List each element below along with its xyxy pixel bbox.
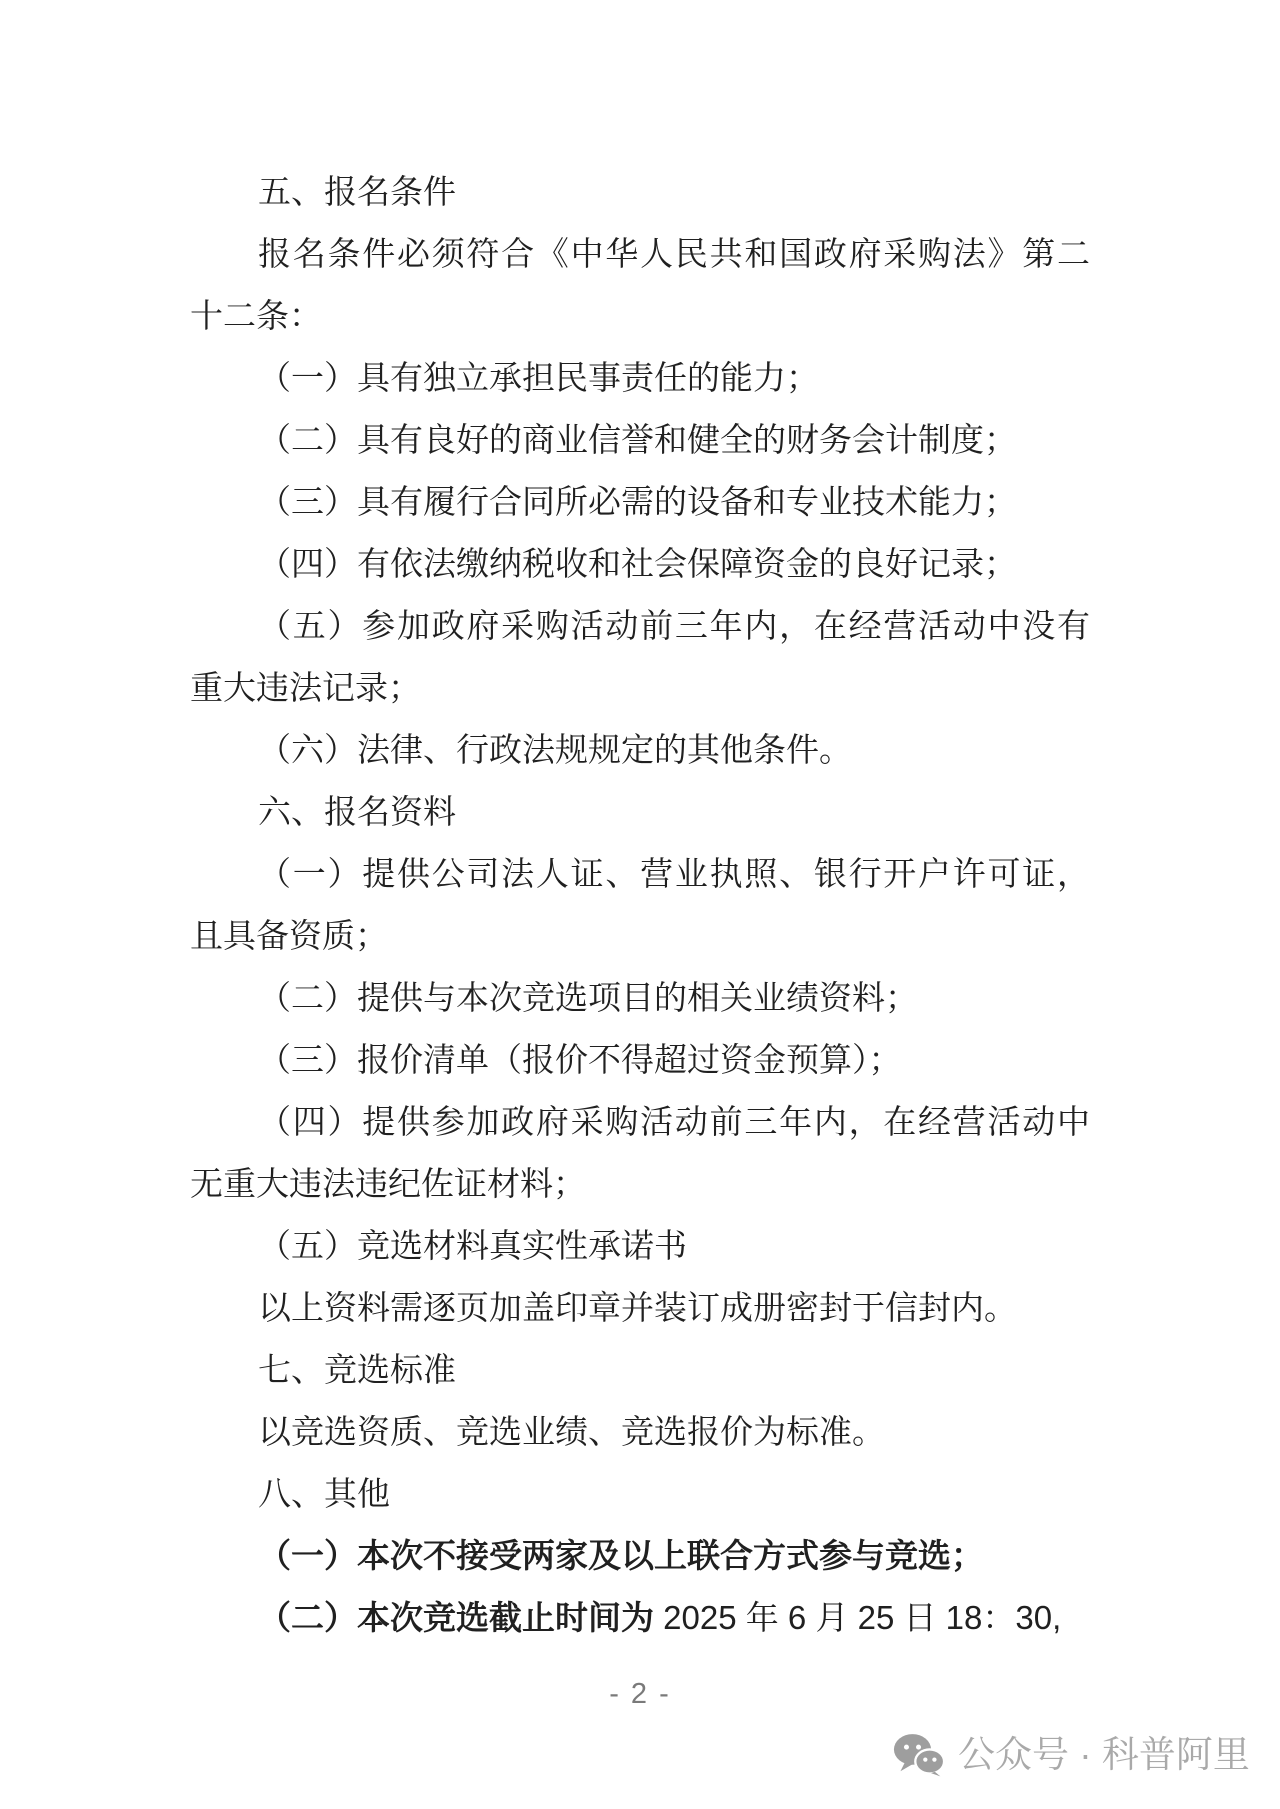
- watermark: 公众号 · 科普阿里: [893, 1732, 1250, 1778]
- watermark-text: 公众号 · 科普阿里: [958, 1732, 1250, 1778]
- document-line: （一）提供公司法人证、营业执照、银行开户许可证，: [190, 843, 1090, 905]
- text-segment: （五）竞选材料真实性承诺书: [258, 1227, 687, 1264]
- text-segment: 无重大违法违纪佐证材料；: [190, 1165, 586, 1202]
- text-segment: 2025 年 6 月 25 日 18：30,: [654, 1599, 1061, 1636]
- document-line: 重大违法记录；: [190, 657, 1090, 719]
- document-body: 五、报名条件报名条件必须符合《中华人民共和国政府采购法》第二十二条：（一）具有独…: [190, 161, 1090, 1649]
- text-segment: 五、报名条件: [258, 173, 456, 210]
- text-segment: 报名条件必须符合《中华人民共和国政府采购法》第二: [258, 235, 1090, 272]
- text-segment: （一）具有独立承担民事责任的能力；: [258, 359, 819, 396]
- wechat-icon: [893, 1733, 945, 1777]
- text-segment: 重大违法记录；: [190, 669, 421, 706]
- document-line: （一）具有独立承担民事责任的能力；: [190, 347, 1090, 409]
- text-segment: （五）参加政府采购活动前三年内，在经营活动中没有: [258, 607, 1090, 644]
- document-line: （五）参加政府采购活动前三年内，在经营活动中没有: [190, 595, 1090, 657]
- text-segment: （六）法律、行政法规规定的其他条件。: [258, 731, 852, 768]
- text-segment: 八、其他: [258, 1475, 390, 1512]
- document-line: 以竞选资质、竞选业绩、竞选报价为标准。: [190, 1401, 1090, 1463]
- text-segment: （一）本次不接受两家及以上联合方式参与竞选；: [258, 1537, 984, 1574]
- document-line: 以上资料需逐页加盖印章并装订成册密封于信封内。: [190, 1277, 1090, 1339]
- text-segment: （一）提供公司法人证、营业执照、银行开户许可证，: [258, 855, 1090, 892]
- text-segment: （四）有依法缴纳税收和社会保障资金的良好记录；: [258, 545, 1017, 582]
- document-line: 八、其他: [190, 1463, 1090, 1525]
- document-line: 报名条件必须符合《中华人民共和国政府采购法》第二: [190, 223, 1090, 285]
- document-line: （四）有依法缴纳税收和社会保障资金的良好记录；: [190, 533, 1090, 595]
- text-segment: （三）具有履行合同所必需的设备和专业技术能力；: [258, 483, 1017, 520]
- document-line: 且具备资质；: [190, 905, 1090, 967]
- page-number: - 2 -: [0, 1678, 1280, 1711]
- document-line: 五、报名条件: [190, 161, 1090, 223]
- document-line: （三）具有履行合同所必需的设备和专业技术能力；: [190, 471, 1090, 533]
- document-line: （四）提供参加政府采购活动前三年内，在经营活动中: [190, 1091, 1090, 1153]
- document-line: （二）提供与本次竞选项目的相关业绩资料；: [190, 967, 1090, 1029]
- text-segment: 十二条：: [190, 297, 322, 334]
- text-segment: （二）本次竞选截止时间为: [258, 1599, 654, 1636]
- document-line: （一）本次不接受两家及以上联合方式参与竞选；: [190, 1525, 1090, 1587]
- text-segment: （二）提供与本次竞选项目的相关业绩资料；: [258, 979, 918, 1016]
- document-line: 七、竞选标准: [190, 1339, 1090, 1401]
- document-line: （三）报价清单（报价不得超过资金预算）；: [190, 1029, 1090, 1091]
- text-segment: 六、报名资料: [258, 793, 456, 830]
- document-line: （五）竞选材料真实性承诺书: [190, 1215, 1090, 1277]
- text-segment: （四）提供参加政府采购活动前三年内，在经营活动中: [258, 1103, 1090, 1140]
- text-segment: 以上资料需逐页加盖印章并装订成册密封于信封内。: [258, 1289, 1017, 1326]
- text-segment: 以竞选资质、竞选业绩、竞选报价为标准。: [258, 1413, 885, 1450]
- document-line: （二）本次竞选截止时间为 2025 年 6 月 25 日 18：30,: [190, 1587, 1090, 1649]
- text-segment: （三）报价清单（报价不得超过资金预算）；: [258, 1041, 902, 1078]
- text-segment: （二）具有良好的商业信誉和健全的财务会计制度；: [258, 421, 1017, 458]
- text-segment: 且具备资质；: [190, 917, 388, 954]
- document-line: （二）具有良好的商业信誉和健全的财务会计制度；: [190, 409, 1090, 471]
- document-line: 十二条：: [190, 285, 1090, 347]
- document-line: 六、报名资料: [190, 781, 1090, 843]
- text-segment: 七、竞选标准: [258, 1351, 456, 1388]
- document-line: 无重大违法违纪佐证材料；: [190, 1153, 1090, 1215]
- document-line: （六）法律、行政法规规定的其他条件。: [190, 719, 1090, 781]
